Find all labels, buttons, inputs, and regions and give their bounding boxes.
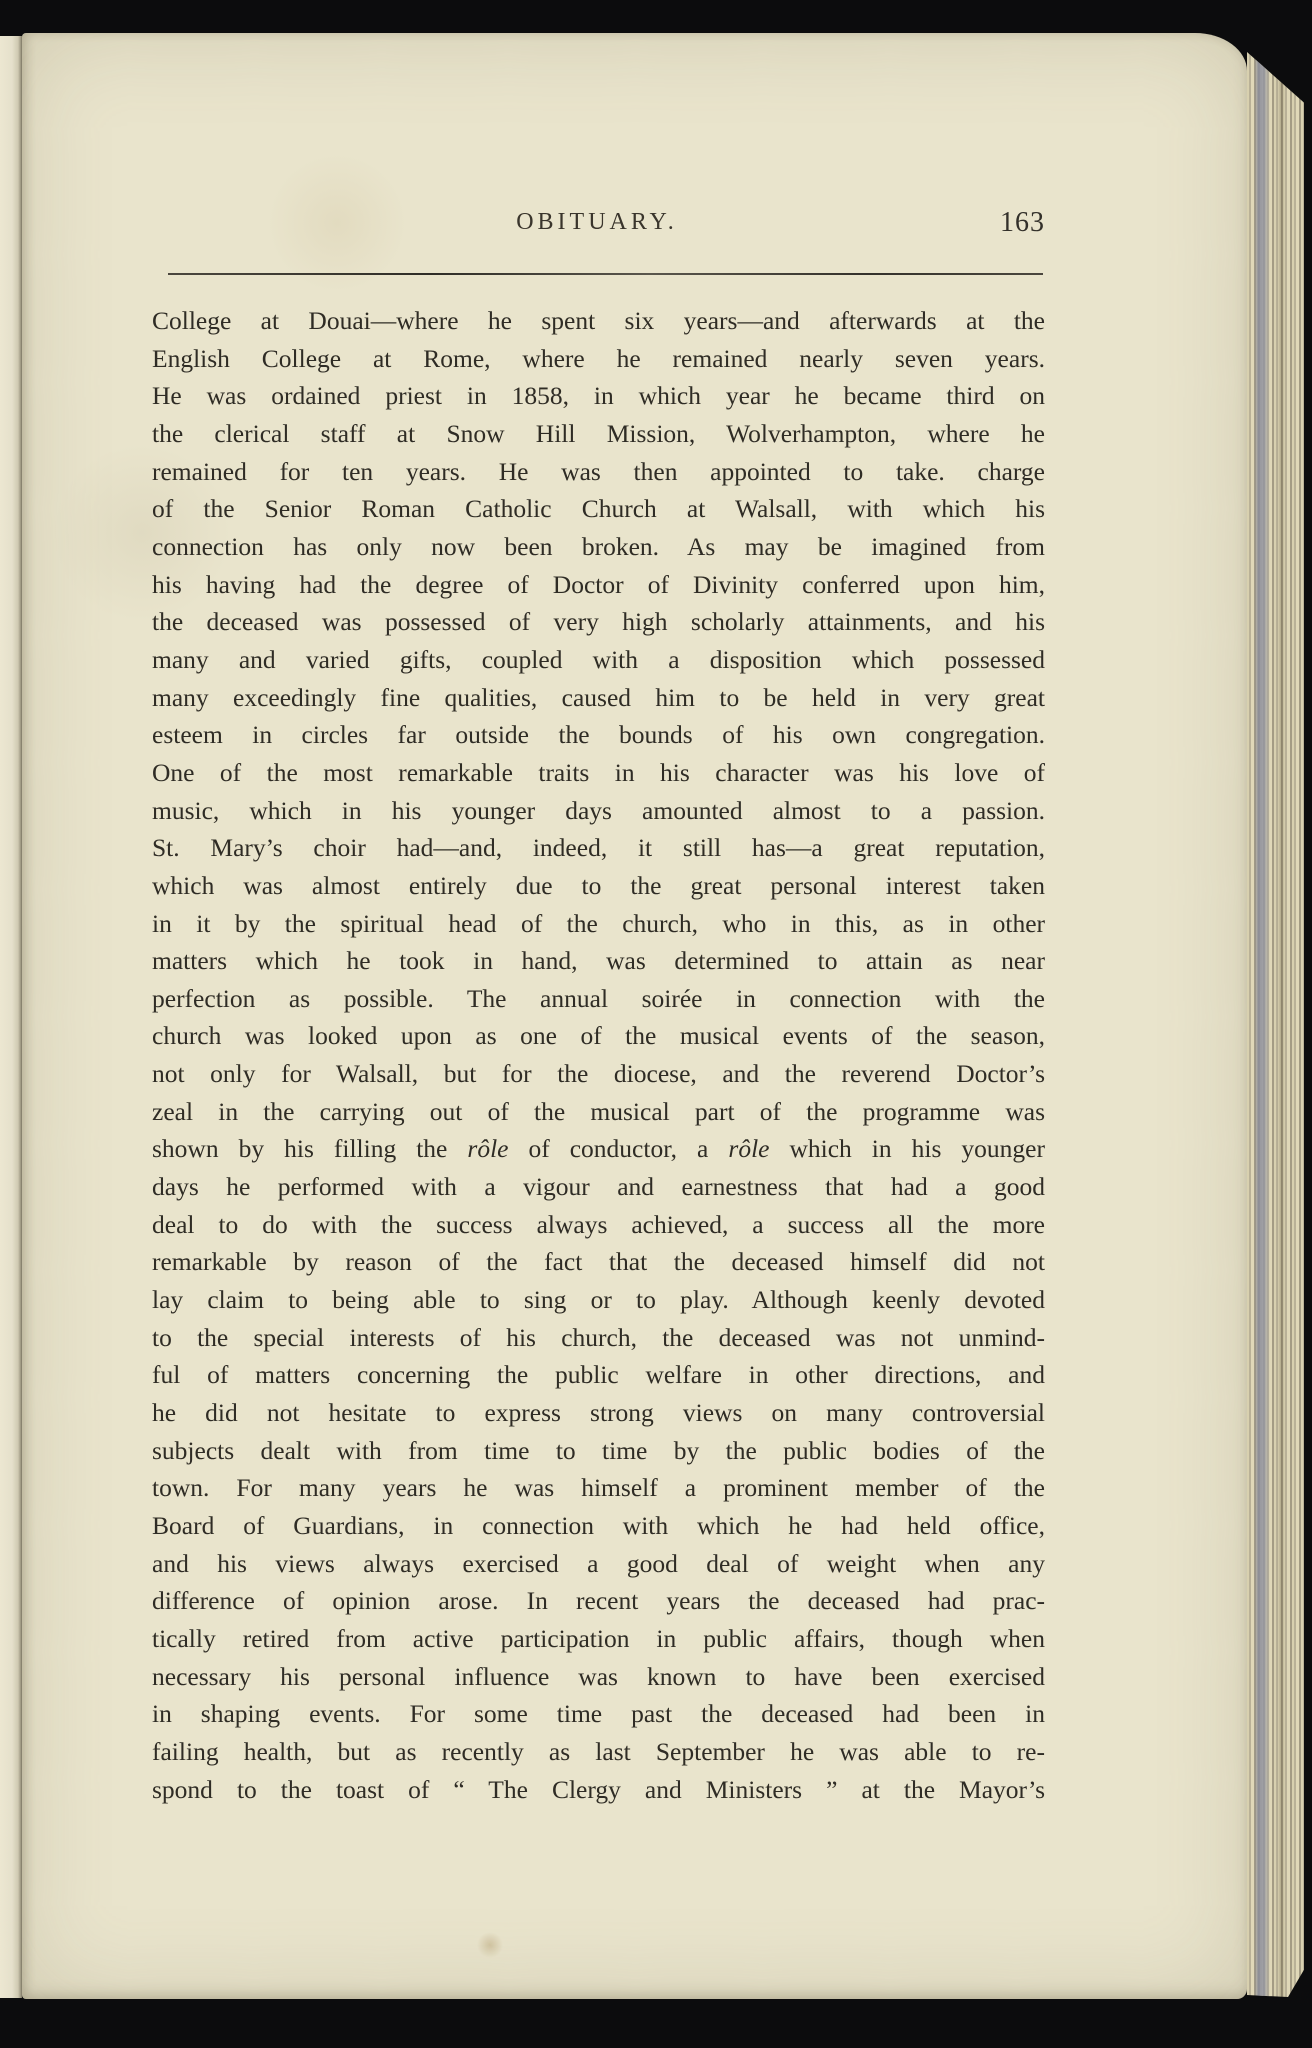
text-line: he did not hesitate to express strong vi… — [152, 1394, 1045, 1432]
text-line: shown by his filling the rôle of conduct… — [152, 1130, 1045, 1168]
text-line: to the special interests of his church, … — [152, 1319, 1045, 1357]
text-line: College at Douai—where he spent six year… — [152, 302, 1045, 340]
text-line: perfection as possible. The annual soiré… — [152, 980, 1045, 1018]
text-line: spond to the toast of “ The Clergy and M… — [152, 1771, 1045, 1809]
text-line: his having had the degree of Doctor of D… — [152, 566, 1045, 604]
text-line: music, which in his younger days amounte… — [152, 792, 1045, 830]
body-text: College at Douai—where he spent six year… — [152, 302, 1045, 1808]
text-line: necessary his personal influence was kno… — [152, 1658, 1045, 1696]
text-line: zeal in the carrying out of the musical … — [152, 1093, 1045, 1131]
text-line: many exceedingly fine qualities, caused … — [152, 679, 1045, 717]
text-line: many and varied gifts, coupled with a di… — [152, 641, 1045, 679]
text-line: connection has only now been broken. As … — [152, 528, 1045, 566]
text-line: not only for Walsall, but for the dioces… — [152, 1055, 1045, 1093]
text-line: the clerical staff at Snow Hill Mission,… — [152, 415, 1045, 453]
text-line: remained for ten years. He was then appo… — [152, 453, 1045, 491]
text-line: Board of Guardians, in connection with w… — [152, 1507, 1045, 1545]
text-line: in shaping events. For some time past th… — [152, 1695, 1045, 1733]
text-line: One of the most remarkable traits in his… — [152, 754, 1045, 792]
text-line: matters which he took in hand, was deter… — [152, 942, 1045, 980]
running-head: OBITUARY. 163 — [22, 209, 1247, 253]
text-line: subjects dealt with from time to time by… — [152, 1432, 1045, 1470]
text-line: which was almost entirely due to the gre… — [152, 867, 1045, 905]
text-line: town. For many years he was himself a pr… — [152, 1469, 1045, 1507]
text-line: lay claim to being able to sing or to pl… — [152, 1281, 1045, 1319]
running-head-title: OBITUARY. — [152, 209, 1042, 236]
text-line: days he performed with a vigour and earn… — [152, 1168, 1045, 1206]
text-line: of the Senior Roman Catholic Church at W… — [152, 490, 1045, 528]
text-line: failing health, but as recently as last … — [152, 1733, 1045, 1771]
header-rule — [168, 273, 1043, 275]
text-line: the deceased was possessed of very high … — [152, 603, 1045, 641]
text-line: tically retired from active participatio… — [152, 1620, 1045, 1658]
book-fore-edge-pages — [1247, 52, 1304, 1997]
text-line: esteem in circles far outside the bounds… — [152, 716, 1045, 754]
text-line: ful of matters concerning the public wel… — [152, 1356, 1045, 1394]
text-line: English College at Rome, where he remain… — [152, 340, 1045, 378]
text-line: He was ordained priest in 1858, in which… — [152, 377, 1045, 415]
text-line: difference of opinion arose. In recent y… — [152, 1582, 1045, 1620]
book-page: OBITUARY. 163 College at Douai—where he … — [22, 33, 1247, 1999]
page-number: 163 — [1000, 207, 1045, 239]
scanned-book-photo: OBITUARY. 163 College at Douai—where he … — [0, 0, 1312, 2048]
text-line: deal to do with the success always achie… — [152, 1206, 1045, 1244]
text-line: and his views always exercised a good de… — [152, 1545, 1045, 1583]
text-line: church was looked upon as one of the mus… — [152, 1017, 1045, 1055]
text-line: in it by the spiritual head of the churc… — [152, 905, 1045, 943]
text-line: St. Mary’s choir had—and, indeed, it sti… — [152, 829, 1045, 867]
text-line: remarkable by reason of the fact that th… — [152, 1243, 1045, 1281]
page-gutter-edge — [0, 36, 22, 1998]
